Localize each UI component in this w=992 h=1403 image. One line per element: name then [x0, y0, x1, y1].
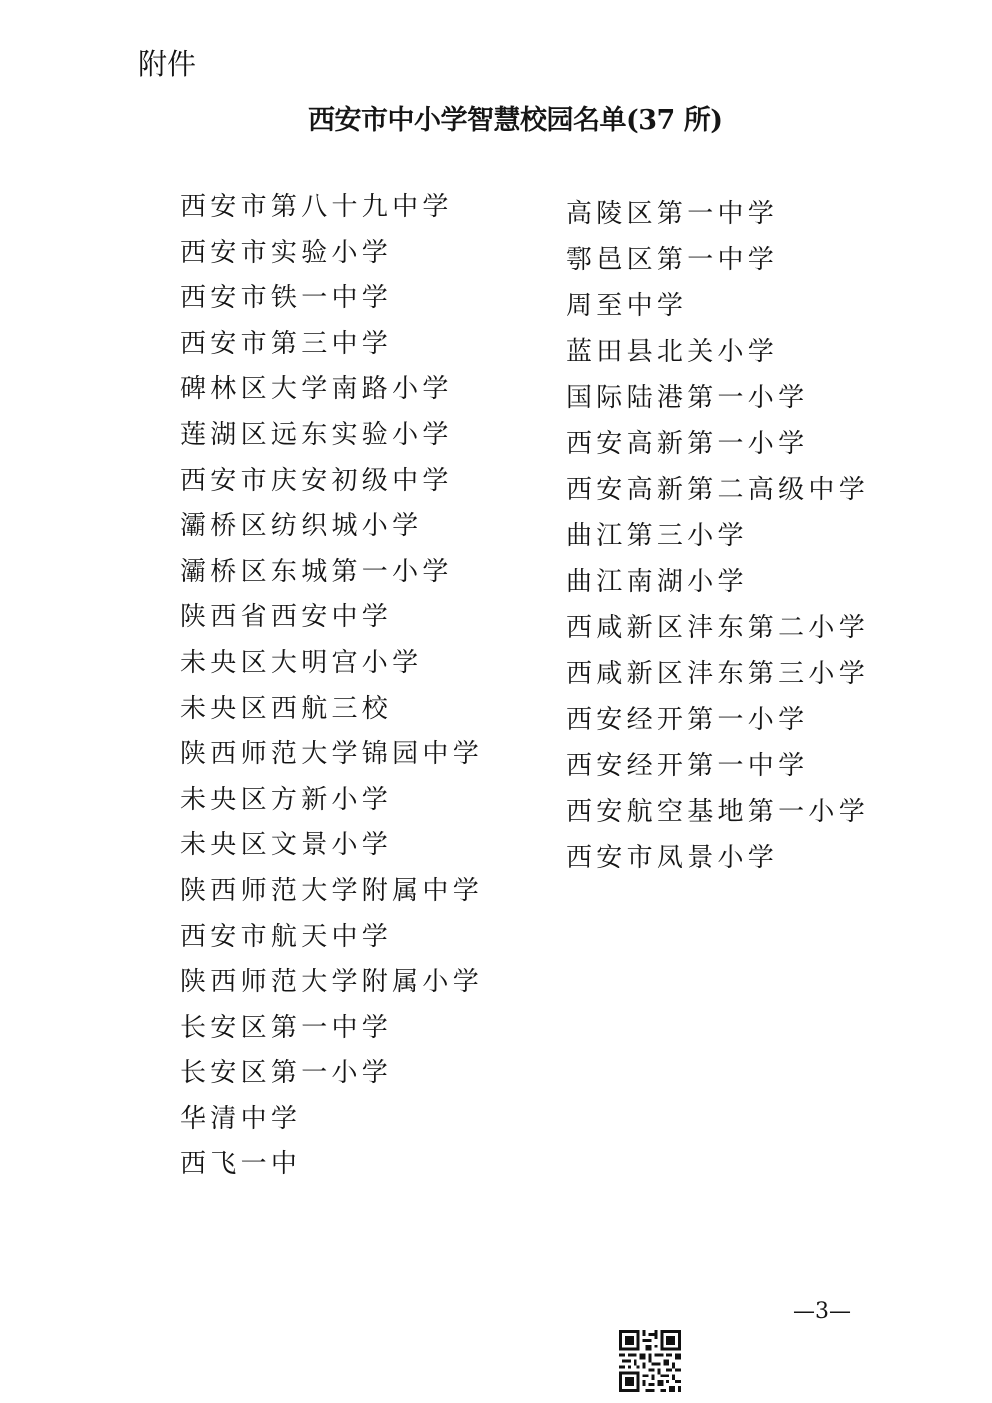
school-list-left: 西安市第八十九中学 西安市实验小学 西安市铁一中学 西安市第三中学 碑林区大学南… [180, 185, 483, 1188]
qr-code-icon [619, 1330, 681, 1392]
list-item: 西安市实验小学 [180, 231, 483, 277]
list-item: 西安高新第一小学 [566, 421, 869, 467]
list-item: 西安市航天中学 [180, 915, 483, 961]
list-item: 西安市第八十九中学 [180, 185, 483, 231]
list-item: 西安高新第二高级中学 [566, 467, 869, 513]
list-item: 陕西师范大学锦园中学 [180, 732, 483, 778]
list-item: 灞桥区纺织城小学 [180, 504, 483, 550]
list-item: 华清中学 [180, 1097, 483, 1143]
list-item: 长安区第一中学 [180, 1006, 483, 1052]
list-item: 莲湖区远东实验小学 [180, 413, 483, 459]
list-item: 国际陆港第一小学 [566, 375, 869, 421]
list-item: 曲江南湖小学 [566, 559, 869, 605]
list-item: 碑林区大学南路小学 [180, 367, 483, 413]
list-item: 陕西师范大学附属中学 [180, 869, 483, 915]
list-item: 西安经开第一中学 [566, 743, 869, 789]
list-item: 周至中学 [566, 283, 869, 329]
list-item: 未央区大明宫小学 [180, 641, 483, 687]
list-item: 陕西师范大学附属小学 [180, 960, 483, 1006]
list-item: 西飞一中 [180, 1142, 483, 1188]
attachment-label: 附件 [138, 44, 196, 84]
page-number: —3— [793, 1297, 851, 1327]
list-item: 西安市第三中学 [180, 322, 483, 368]
list-item: 未央区西航三校 [180, 687, 483, 733]
list-item: 未央区文景小学 [180, 823, 483, 869]
document-title: 西安市中小学智慧校园名单(37 所) [308, 101, 723, 141]
list-item: 蓝田县北关小学 [566, 329, 869, 375]
list-item: 曲江第三小学 [566, 513, 869, 559]
list-item: 长安区第一小学 [180, 1051, 483, 1097]
list-item: 陕西省西安中学 [180, 595, 483, 641]
list-item: 西咸新区沣东第二小学 [566, 605, 869, 651]
list-item: 西安市凤景小学 [566, 835, 869, 881]
list-item: 西安航空基地第一小学 [566, 789, 869, 835]
list-item: 西安经开第一小学 [566, 697, 869, 743]
school-list-right: 高陵区第一中学 鄠邑区第一中学 周至中学 蓝田县北关小学 国际陆港第一小学 西安… [566, 191, 869, 881]
list-item: 西安市铁一中学 [180, 276, 483, 322]
list-item: 西安市庆安初级中学 [180, 459, 483, 505]
list-item: 高陵区第一中学 [566, 191, 869, 237]
list-item: 西咸新区沣东第三小学 [566, 651, 869, 697]
list-item: 未央区方新小学 [180, 778, 483, 824]
list-item: 鄠邑区第一中学 [566, 237, 869, 283]
list-item: 灞桥区东城第一小学 [180, 550, 483, 596]
